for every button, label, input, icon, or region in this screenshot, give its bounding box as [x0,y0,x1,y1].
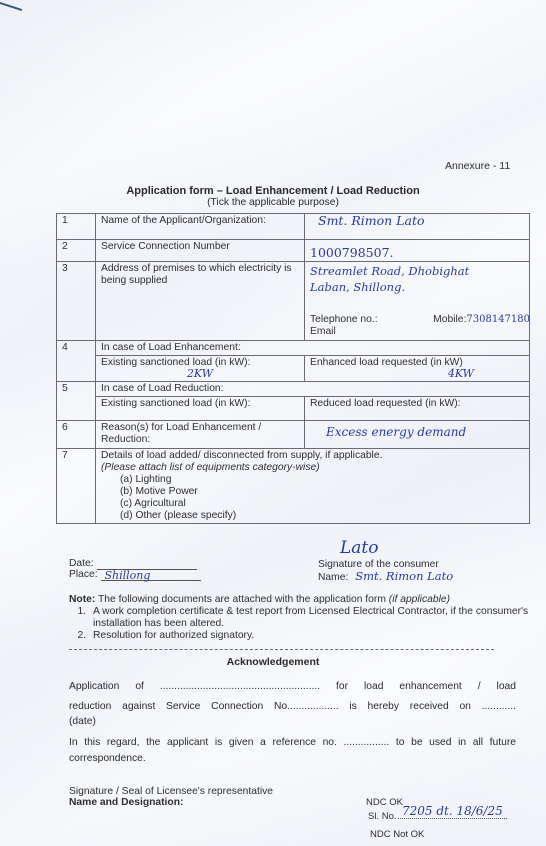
table-row: 2 Service Connection Number 1000798507. [57,240,530,262]
divider [69,649,494,650]
consumer-name-field: Name: Smt. Rimon Lato [318,570,453,584]
enh-requested-cell: Enhanced load requested (in kW) 4KW [305,356,530,382]
category-motive-power: (b) Motive Power [120,486,524,498]
mobile-value: 7308147180 [466,314,530,325]
applicant-name-label: Name of the Applicant/Organization: [96,214,305,240]
row-number: 6 [57,421,96,449]
load-category-list: (a) Lighting (b) Motive Power (c) Agricu… [101,474,524,522]
table-row: 1 Name of the Applicant/Organization: Sm… [57,214,530,240]
note-text: The following documents are attached wit… [98,594,386,605]
enh-existing-value: 2KW [101,369,299,379]
mobile-label: Mobile: [433,314,466,325]
scan-mark [0,2,22,11]
ack-line-3: (date) [69,716,96,727]
note-section: Note: The following documents are attach… [69,594,529,642]
enh-existing-cell: Existing sanctioned load (in kW): 2KW [96,356,305,382]
table-row: 6 Reason(s) for Load Enhancement / Reduc… [57,421,530,449]
category-other: (d) Other (please specify) [120,510,524,522]
address-line2: Laban, Shillong. [310,279,524,295]
ack-line-1: Application of .........................… [69,681,516,692]
ack-line-5: correspondence. [69,753,146,764]
row-number: 5 [57,382,96,421]
telephone-label: Telephone no.: [310,314,378,326]
annexure-label: Annexure - 11 [445,160,510,172]
enh-requested-label: Enhanced load requested (in kW) [310,357,524,369]
name-label: Name: [318,572,348,583]
email-label: Email [310,326,530,338]
name-value: Smt. Rimon Lato [355,569,453,583]
table-row: Existing sanctioned load (in kW): 2KW En… [57,356,530,382]
reason-handwritten: Excess energy demand [326,426,524,438]
reason-label: Reason(s) for Load Enhancement / Reducti… [96,421,305,449]
licensee-name-label: Name and Designation: [69,797,183,809]
stamp-ndc-not-ok: NDC Not OK [370,829,424,841]
service-connection-handwritten: 1000798507. [310,247,524,259]
note-suffix: (if applicable) [389,594,450,605]
row-number: 7 [57,449,96,524]
table-row: 7 Details of load added/ disconnected fr… [57,449,530,524]
date-label: Date: [69,558,94,569]
enh-requested-value: 4KW [310,369,524,379]
application-table: 1 Name of the Applicant/Organization: Sm… [56,213,530,524]
table-row: 3 Address of premises to which electrici… [57,262,530,341]
load-details-label: Details of load added/ disconnected from… [101,450,524,462]
load-enhancement-label: In case of Load Enhancement: [96,341,530,356]
load-reduction-label: In case of Load Reduction: [96,382,530,397]
category-lighting: (a) Lighting [120,474,524,486]
address-value: Streamlet Road, Dhobighat Laban, Shillon… [305,262,530,341]
table-row: 4 In case of Load Enhancement: [57,341,530,356]
table-row: Existing sanctioned load (in kW): Reduce… [57,397,530,421]
address-label: Address of premises to which electricity… [96,262,305,341]
row-number: 4 [57,341,96,382]
acknowledgement-title: Acknowledgement [0,656,546,668]
load-details-cell: Details of load added/ disconnected from… [96,449,530,524]
stamp-sl-value: 7205 dt. 18/6/25 [398,804,507,819]
place-value: Shillong [101,570,201,581]
reason-value: Excess energy demand [305,421,530,449]
load-details-note: (Please attach list of equipments catego… [101,462,524,474]
document-item: A work completion certificate & test rep… [89,606,529,630]
table-row: 5 In case of Load Reduction: [57,382,530,397]
ack-line-4: In this regard, the applicant is given a… [69,737,516,748]
document-item: Resolution for authorized signatory. [89,630,529,642]
note-prefix: Note: [69,594,95,605]
consumer-signature: Lato [340,538,379,558]
stamp-sl-label: Sl. No. [368,811,397,823]
red-requested-label: Reduced load requested (in kW): [305,397,530,421]
place-label: Place: [69,569,98,580]
row-number: 2 [57,240,96,262]
ack-line-2: reduction against Service Connection No.… [69,701,516,712]
form-title: Application form – Load Enhancement / Lo… [0,185,546,197]
place-field: Place: Shillong [69,569,201,581]
applicant-name-value: Smt. Rimon Lato [305,214,530,240]
address-line1: Streamlet Road, Dhobighat [310,263,524,279]
applicant-name-handwritten: Smt. Rimon Lato [318,213,425,228]
form-subtitle: (Tick the applicable purpose) [0,197,546,208]
row-number: 1 [57,214,96,240]
red-existing-label: Existing sanctioned load (in kW): [96,397,305,421]
service-connection-label: Service Connection Number [96,240,305,262]
documents-list: A work completion certificate & test rep… [69,606,529,642]
service-connection-value: 1000798507. [305,240,530,262]
category-agricultural: (c) Agricultural [120,498,524,510]
row-number: 3 [57,262,96,341]
